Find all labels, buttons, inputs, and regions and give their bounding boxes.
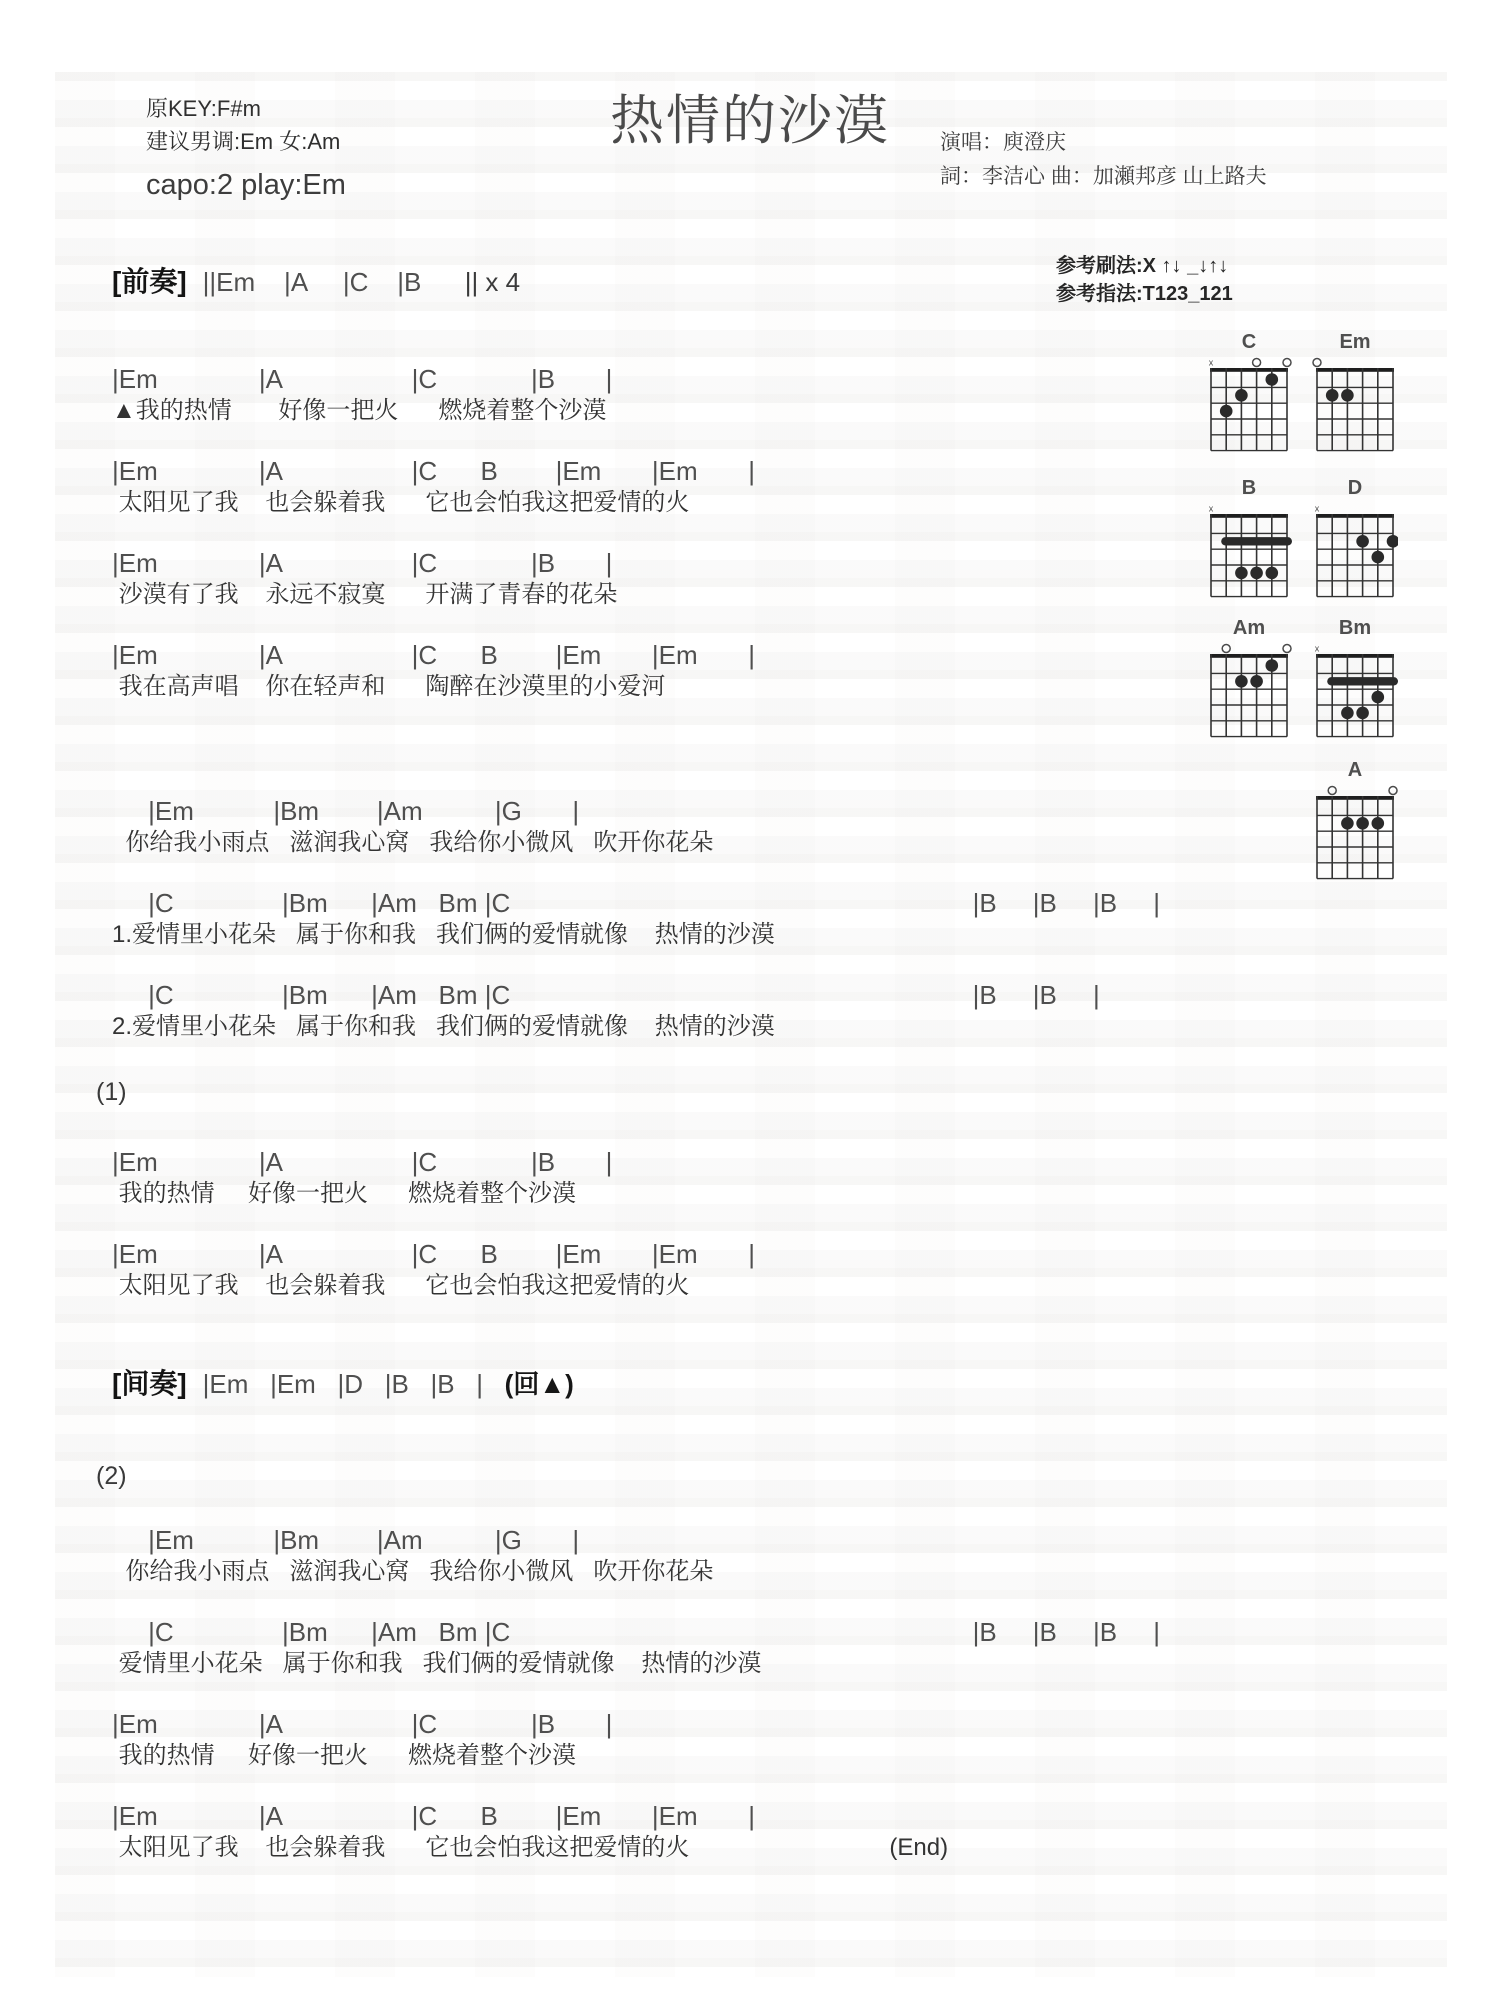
- finger-dot: [1220, 405, 1233, 418]
- chord-line: |Em |A |C |B |: [112, 1708, 1442, 1740]
- open-string-icon: [1283, 359, 1291, 367]
- lyric-line: 我的热情 好像一把火 燃烧着整个沙漠: [112, 1740, 1442, 1772]
- lyric-line: 我的热情 好像一把火 燃烧着整个沙漠: [112, 1178, 1442, 1210]
- fretboard-grid: x: [1312, 501, 1398, 601]
- nut-bar: [1210, 654, 1288, 658]
- finger-dot: [1250, 675, 1263, 688]
- header-right: 演唱：庾澄庆 詞：李洁心 曲：加瀬邦彦 山上路夫: [940, 130, 1267, 198]
- chord-diagram-label: Am: [1206, 617, 1292, 641]
- chord-diagram-label: Bm: [1312, 617, 1398, 641]
- barre-bar: [1327, 677, 1398, 685]
- nut-bar: [1210, 368, 1288, 372]
- open-string-icon: [1389, 787, 1397, 795]
- chord-diagram-c: Cx: [1206, 331, 1292, 460]
- finger-dot: [1235, 389, 1248, 402]
- finger-dot: [1341, 707, 1354, 720]
- finger-dot: [1356, 535, 1369, 548]
- lyric-line: 你给我小雨点 滋润我心窝 我给你小微风 吹开你花朵: [112, 1556, 1442, 1588]
- chord-diagram-bm: Bmx: [1312, 617, 1398, 746]
- chord-line: |Em |A |C B |Em |Em |: [112, 1800, 1442, 1832]
- part-2: |Em |Bm |Am |G | 你给我小雨点 滋润我心窝 我给你小微风 吹开你…: [112, 1524, 1442, 1892]
- interlude-chords: |Em |Em |D |B |B |: [203, 1369, 505, 1399]
- fingering-pattern: 参考指法:T123_121: [1056, 280, 1233, 308]
- lyric-line: 你给我小雨点 滋润我心窝 我给你小微风 吹开你花朵: [112, 827, 1442, 859]
- chord-line: |C |Bm |Am Bm |C |B |B |B |: [112, 1616, 1442, 1648]
- finger-dot: [1341, 389, 1354, 402]
- intro-chords: ||Em |A |C |B: [203, 267, 465, 297]
- chord-diagram-am: Am: [1206, 617, 1292, 746]
- finger-dot: [1235, 567, 1248, 580]
- chord-diagram-a: A: [1312, 759, 1398, 888]
- chord-diagram-label: A: [1312, 759, 1398, 783]
- fretboard-grid: x: [1206, 355, 1292, 455]
- lyric-line: 爱情里小花朵 属于你和我 我们俩的爱情就像 热情的沙漠: [112, 1648, 1442, 1680]
- finger-dot: [1372, 691, 1385, 704]
- lyric-line: 1.爱情里小花朵 属于你和我 我们俩的爱情就像 热情的沙漠: [112, 919, 1442, 951]
- muted-string-icon: x: [1209, 358, 1214, 368]
- strum-pattern: 参考刷法:X ↑↓ _↓↑↓: [1056, 252, 1233, 280]
- chord-diagram-b: Bx: [1206, 477, 1292, 606]
- nut-bar: [1316, 796, 1394, 800]
- part-1-marker: (1): [96, 1078, 127, 1107]
- interlude-label: [间奏]: [112, 1368, 187, 1399]
- chord-line: |C |Bm |Am Bm |C |B |B |B |: [112, 887, 1442, 919]
- lyric-line: 太阳见了我 也会躲着我 它也会怕我这把爱情的火 (End): [112, 1832, 1442, 1864]
- intro-repeat: || x 4: [465, 267, 520, 297]
- chord-line: |Em |Bm |Am |G |: [112, 795, 1442, 827]
- reference-block: 参考刷法:X ↑↓ _↓↑↓ 参考指法:T123_121: [1056, 252, 1233, 308]
- lyric-line: 太阳见了我 也会躲着我 它也会怕我这把爱情的火: [112, 1270, 1442, 1302]
- nut-bar: [1210, 514, 1288, 518]
- chord-diagram-label: C: [1206, 331, 1292, 355]
- fretboard-grid: [1206, 641, 1292, 741]
- finger-dot: [1341, 817, 1354, 830]
- part-1: |Em |A |C |B | 我的热情 好像一把火 燃烧着整个沙漠|Em |A …: [112, 1146, 1442, 1330]
- fretboard-grid: [1312, 783, 1398, 883]
- chord-diagram-label: D: [1312, 477, 1398, 501]
- capo-setting: capo:2 play:Em: [146, 168, 346, 202]
- finger-dot: [1372, 551, 1385, 564]
- interlude-return: (回▲): [505, 1369, 574, 1399]
- chord-line: |Em |Bm |Am |G |: [112, 1524, 1442, 1556]
- interlude-line: [间奏]|Em |Em |D |B |B | (回▲): [112, 1362, 574, 1402]
- chord-diagram-label: B: [1206, 477, 1292, 501]
- song-title: 热情的沙漠: [0, 78, 1500, 155]
- finger-dot: [1326, 389, 1339, 402]
- open-string-icon: [1222, 645, 1230, 653]
- chord-line: |C |Bm |Am Bm |C |B |B |: [112, 979, 1442, 1011]
- muted-string-icon: x: [1209, 504, 1214, 514]
- intro-label: [前奏]: [112, 266, 187, 297]
- chorus: |Em |Bm |Am |G | 你给我小雨点 滋润我心窝 我给你小微风 吹开你…: [112, 795, 1442, 1071]
- finger-dot: [1372, 817, 1385, 830]
- fretboard-grid: x: [1312, 641, 1398, 741]
- open-string-icon: [1313, 359, 1321, 367]
- open-string-icon: [1253, 359, 1261, 367]
- fretboard-grid: [1312, 355, 1398, 455]
- finger-dot: [1387, 535, 1398, 548]
- muted-string-icon: x: [1315, 644, 1320, 654]
- chord-line: |Em |A |C |B |: [112, 1146, 1442, 1178]
- nut-bar: [1316, 368, 1394, 372]
- chord-diagram-d: Dx: [1312, 477, 1398, 606]
- chord-diagram-em: Em: [1312, 331, 1398, 460]
- open-string-icon: [1283, 645, 1291, 653]
- nut-bar: [1316, 514, 1394, 518]
- nut-bar: [1316, 654, 1394, 658]
- finger-dot: [1356, 707, 1369, 720]
- part-2-marker: (2): [96, 1462, 127, 1491]
- finger-dot: [1356, 817, 1369, 830]
- credits: 詞：李洁心 曲：加瀬邦彦 山上路夫: [940, 164, 1267, 189]
- chord-line: |Em |A |C B |Em |Em |: [112, 1238, 1442, 1270]
- finger-dot: [1266, 659, 1279, 672]
- lyric-line: 2.爱情里小花朵 属于你和我 我们俩的爱情就像 热情的沙漠: [112, 1011, 1442, 1043]
- performer: 演唱：庾澄庆: [940, 130, 1267, 155]
- finger-dot: [1250, 567, 1263, 580]
- finger-dot: [1266, 373, 1279, 386]
- intro-line: [前奏]||Em |A |C |B || x 4: [112, 260, 520, 300]
- finger-dot: [1235, 675, 1248, 688]
- muted-string-icon: x: [1315, 504, 1320, 514]
- fretboard-grid: x: [1206, 501, 1292, 601]
- open-string-icon: [1328, 787, 1336, 795]
- finger-dot: [1266, 567, 1279, 580]
- chord-diagram-label: Em: [1312, 331, 1398, 355]
- barre-bar: [1221, 537, 1292, 545]
